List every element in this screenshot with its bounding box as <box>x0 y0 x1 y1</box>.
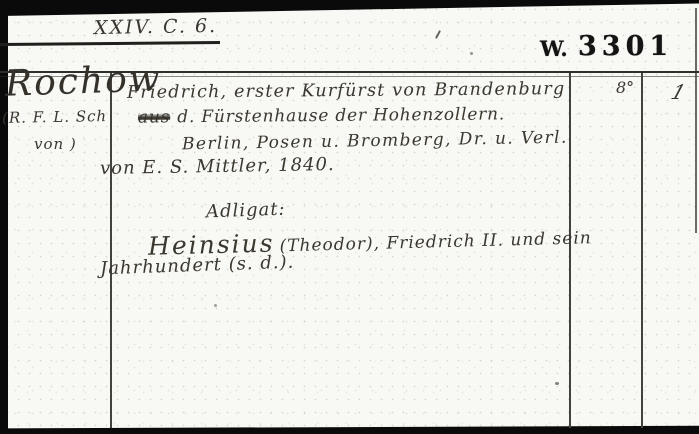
imprint-line-1: Berlin, Posen u. Bromberg, Dr. u. Verl. <box>182 130 568 154</box>
catalog-card: XXIV. C. 6. W. 3301 Rochow (R. F. L. Sch… <box>0 0 699 434</box>
title-line-1: Friedrich, erster Kurfürst von Brandenbu… <box>127 81 565 102</box>
column-divider-heading <box>110 73 112 428</box>
top-border <box>0 0 699 16</box>
heading-qualifier-line2: von ) <box>34 137 77 152</box>
imprint-line-2: von E. S. Mittler, 1840. <box>100 156 335 178</box>
volume-count: 1 <box>669 82 688 102</box>
column-divider-format <box>569 73 571 428</box>
title-line-2-text: d. Fürstenhause der Hohenzollern. <box>177 104 505 127</box>
accession-stamp-number: 3301 <box>578 33 673 60</box>
shelfmark-handwritten: XXIV. C. 6. <box>94 17 217 38</box>
scan-speck <box>555 382 559 385</box>
scan-speck <box>435 30 441 39</box>
struck-word: aus <box>138 107 170 127</box>
scan-speck <box>214 304 217 307</box>
adligat-line-1: Heinsius(Theodor), Friedrich II. und sei… <box>148 222 592 259</box>
adligat-label: Adligat: <box>206 201 286 222</box>
adligat-title-rest: (Theodor), Friedrich II. und sein <box>279 228 592 256</box>
heading-name: Rochow <box>4 61 162 102</box>
heading-qualifier-line1: (R. F. L. Sch <box>2 109 107 126</box>
bottom-border <box>0 425 699 434</box>
adligat-line-2: Jahrhundert (s. d.). <box>100 254 295 279</box>
scan-speck <box>470 52 473 55</box>
right-border <box>695 8 697 233</box>
accession-stamp-prefix: W. <box>540 38 568 59</box>
column-divider-count <box>641 73 643 428</box>
shelfmark-underline <box>0 41 220 46</box>
format-value: 8° <box>616 80 634 96</box>
title-line-2: ausd. Fürstenhause der Hohenzollern. <box>138 106 505 126</box>
